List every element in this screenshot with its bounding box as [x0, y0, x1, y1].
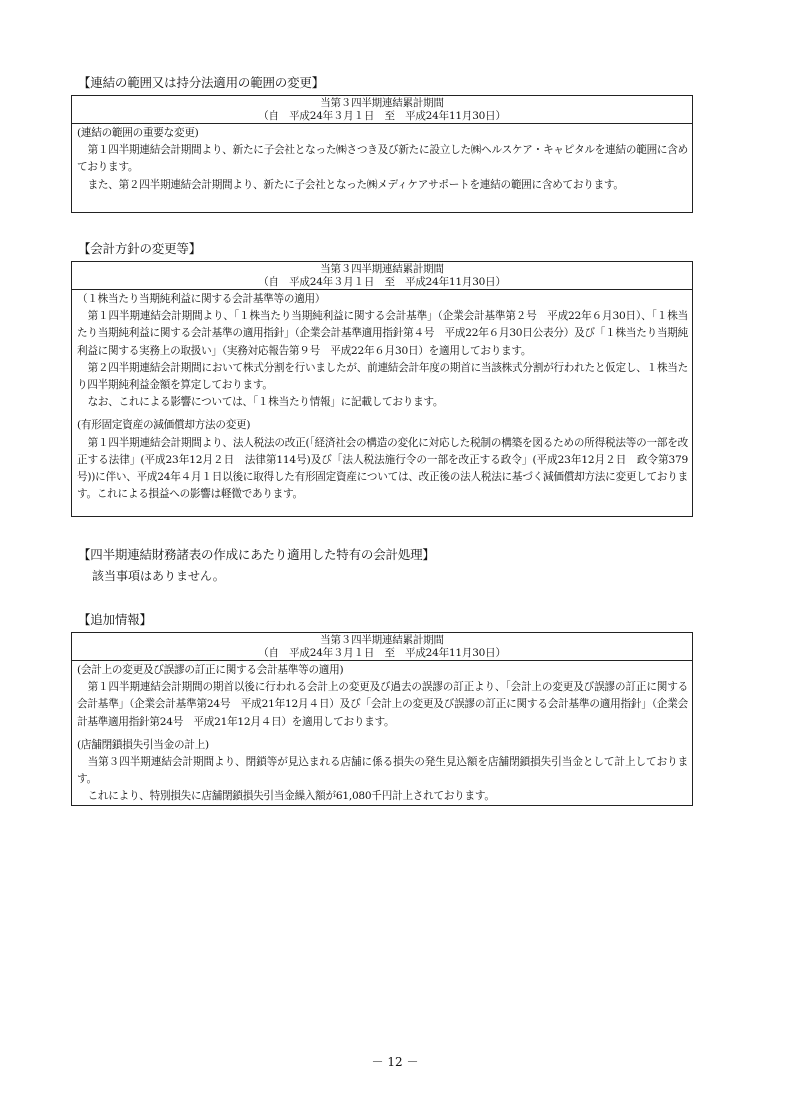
accounting-policy-table: 当第３四半期連結累計期間 （自 平成24年３月１日 至 平成24年11月30日）…: [71, 261, 693, 517]
paragraph: 第１四半期連結会計期間より、法人税法の改正(「経済社会の構造の変化に対応した税制…: [77, 435, 688, 504]
section-title-accounting-policy-changes: 【会計方針の変更等】: [78, 241, 201, 257]
paragraph: これにより、特別損失に店舗閉鎖損失引当金繰入額が61,080千円計上されておりま…: [77, 788, 688, 805]
paragraph: 第２四半期連結会計期間において株式分割を行いましたが、前連結会計年度の期首に当該…: [77, 360, 688, 394]
block-subtitle: (連結の範囲の重要な変更): [77, 125, 688, 142]
paragraph: 第１四半期連結会計期間より、新たに子会社となった㈱さつき及び新たに設立した㈱ヘル…: [77, 142, 688, 176]
block-subtitle: (有形固定資産の減価償却方法の変更): [77, 417, 688, 434]
period-header: 当第３四半期連結累計期間 （自 平成24年３月１日 至 平成24年11月30日）: [72, 96, 692, 124]
section-title-consolidation-scope: 【連結の範囲又は持分法適用の範囲の変更】: [78, 75, 324, 91]
period-range: （自 平成24年３月１日 至 平成24年11月30日）: [72, 276, 692, 289]
period-header: 当第３四半期連結累計期間 （自 平成24年３月１日 至 平成24年11月30日）: [72, 262, 692, 290]
paragraph: 第１四半期連結会計期間より、「１株当たり当期純利益に関する会計基準」（企業会計基…: [77, 308, 688, 360]
no-applicable-items-text: 該当事項はありません。: [92, 568, 225, 584]
additional-info-table: 当第３四半期連結累計期間 （自 平成24年３月１日 至 平成24年11月30日）…: [71, 632, 693, 806]
paragraph: 当第３四半期連結会計期間より、閉鎖等が見込まれる店舗に係る損失の発生見込額を店舗…: [77, 754, 688, 788]
consolidation-scope-table: 当第３四半期連結累計期間 （自 平成24年３月１日 至 平成24年11月30日）…: [71, 95, 693, 213]
page-number: － 12 －: [0, 1054, 790, 1070]
paragraph: また、第２四半期連結会計期間より、新たに子会社となった㈱メディケアサポートを連結…: [77, 177, 688, 194]
period-range: （自 平成24年３月１日 至 平成24年11月30日）: [72, 110, 692, 123]
period-label: 当第３四半期連結累計期間: [72, 634, 692, 647]
block-subtitle: （１株当たり当期純利益に関する会計基準等の適用）: [77, 291, 688, 308]
block-subtitle: (店舗閉鎖損失引当金の計上): [77, 737, 688, 754]
table-body: (連結の範囲の重要な変更) 第１四半期連結会計期間より、新たに子会社となった㈱さ…: [72, 124, 692, 196]
block-subtitle: (会計上の変更及び誤謬の訂正に関する会計基準等の適用): [77, 662, 688, 679]
section-title-additional-info: 【追加情報】: [78, 612, 152, 628]
paragraph: 第１四半期連結会計期間の期首以後に行われる会計上の変更及び過去の誤謬の訂正より、…: [77, 679, 688, 731]
table-body: （１株当たり当期純利益に関する会計基準等の適用） 第１四半期連結会計期間より、「…: [72, 290, 692, 505]
period-range: （自 平成24年３月１日 至 平成24年11月30日）: [72, 647, 692, 660]
period-label: 当第３四半期連結累計期間: [72, 97, 692, 110]
paragraph: なお、これによる影響については、「１株当たり情報」に記載しております。: [77, 394, 688, 411]
section-title-special-accounting: 【四半期連結財務諸表の作成にあたり適用した特有の会計処理】: [78, 547, 435, 563]
table-body: (会計上の変更及び誤謬の訂正に関する会計基準等の適用) 第１四半期連結会計期間の…: [72, 661, 692, 808]
period-header: 当第３四半期連結累計期間 （自 平成24年３月１日 至 平成24年11月30日）: [72, 633, 692, 661]
period-label: 当第３四半期連結累計期間: [72, 263, 692, 276]
